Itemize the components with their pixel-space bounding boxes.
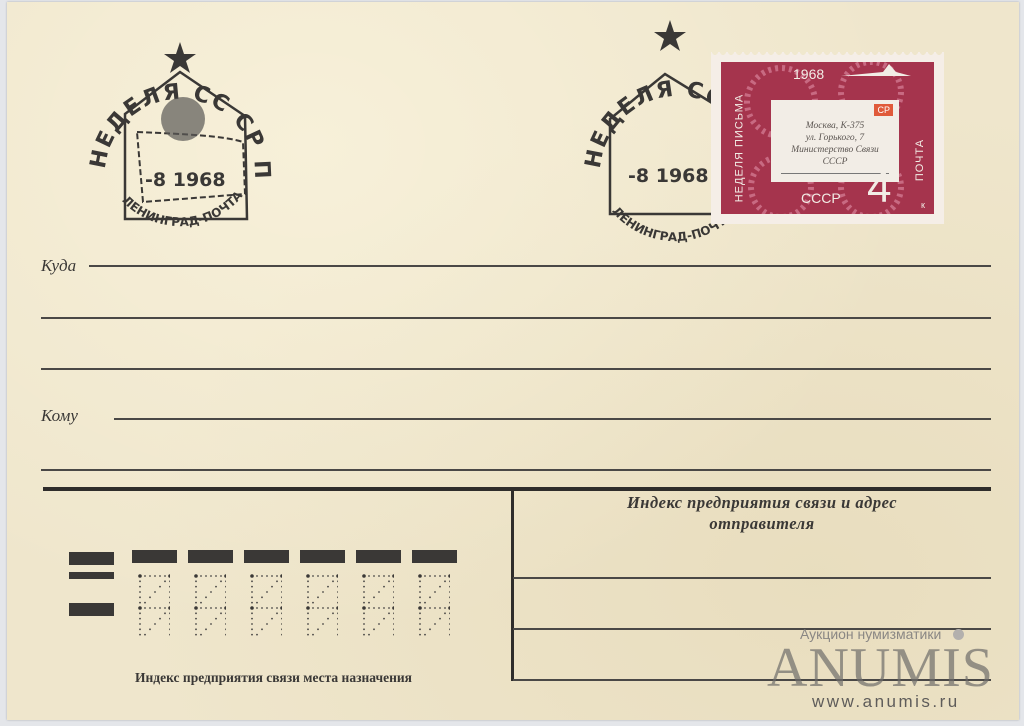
sender-line (513, 577, 991, 579)
postcode-digit-stencil[interactable] (362, 574, 394, 638)
stamp-card-logo: СР (874, 104, 893, 116)
star-icon (654, 20, 686, 51)
postcode-digit-bar (356, 550, 401, 563)
envelope: НЕДЕЛЯ СС СР ПИСЬМА -8 1968 ЛЕНИНГРАД-ПО… (7, 2, 1019, 720)
stamp-side-title: НЕДЕЛЯ ПИСЬМА (733, 94, 745, 203)
postcode-digit-stencil[interactable] (194, 574, 226, 638)
postcode-digit-stencil[interactable] (306, 574, 338, 638)
postmark-left: НЕДЕЛЯ СС СР ПИСЬМА -8 1968 ЛЕНИНГРАД-ПО… (65, 24, 295, 244)
postcode-digit-bar (188, 550, 233, 563)
watermark-url[interactable]: www.anumis.ru (812, 692, 960, 712)
postcode-digit-stencil[interactable] (138, 574, 170, 638)
postcode-marker (69, 552, 114, 565)
postcode-digit-stencil[interactable] (250, 574, 282, 638)
postcode-marker (69, 603, 114, 616)
postmark-date: -8 1968 (145, 169, 226, 191)
stamp-country: СССР (801, 190, 841, 206)
to-where-label: Куда (41, 256, 76, 276)
postmark-bottom-text: ЛЕНИНГРАД-ПОЧТАМТ (65, 24, 246, 229)
address-line (41, 368, 991, 370)
svg-text:ЛЕНИНГРАД-ПОЧТАМТ: ЛЕНИНГРАД-ПОЧТАМТ (65, 24, 246, 229)
postcode-digit-bar (412, 550, 457, 563)
address-line (114, 418, 991, 420)
postcode-digit-bar (132, 550, 177, 563)
postcode-digit-stencil[interactable] (418, 574, 450, 638)
address-line (41, 469, 991, 471)
sender-box-border (511, 487, 514, 681)
stamp-year: 1968 (793, 66, 824, 82)
address-line (41, 317, 991, 319)
svg-text:-8 1968: -8 1968 (628, 165, 709, 187)
stamp-denomination: 4 (867, 166, 891, 210)
destination-caption: Индекс предприятия связи места назначени… (135, 670, 412, 686)
postcode-digit-bar (244, 550, 289, 563)
sender-caption: Индекс предприятия связи и адрес отправи… (577, 492, 947, 534)
emblem-icon (161, 97, 205, 141)
to-whom-label: Кому (41, 406, 78, 426)
watermark-brand: ANUMIS (767, 636, 994, 700)
postage-stamp: 1968 НЕДЕЛЯ ПИСЬМА СР Москва, К-375 ул. … (711, 52, 944, 224)
divider-line (43, 487, 991, 491)
postcode-marker (69, 572, 114, 579)
star-icon (164, 42, 196, 73)
postcode-digit-bar (300, 550, 345, 563)
stamp-post-label: ПОЧТА (914, 139, 926, 181)
address-line (89, 265, 991, 267)
